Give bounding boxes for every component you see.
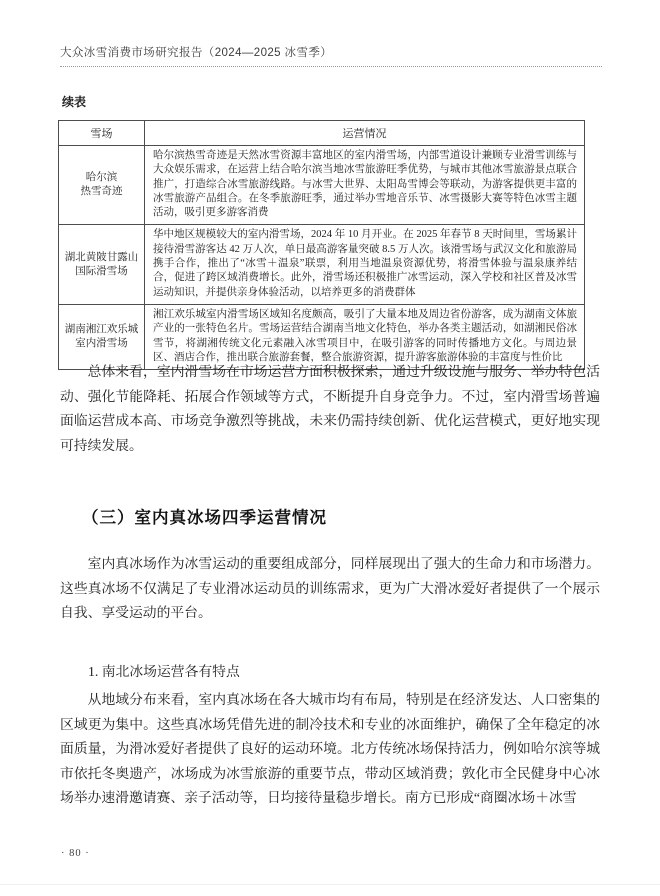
resort-name: 哈尔滨 热雪奇迹 bbox=[59, 146, 145, 225]
table-row: 湖北黄陂甘露山 国际滑雪场 华中地区规模较大的室内滑雪场，2024 年 10 月… bbox=[59, 225, 585, 304]
resort-operation-detail: 华中地区规模较大的室内滑雪场，2024 年 10 月开业。在 2025 年春节 … bbox=[145, 225, 585, 304]
table-continued-label: 续表 bbox=[62, 93, 86, 110]
page-number: · 80 · bbox=[61, 848, 90, 859]
resort-operation-detail: 哈尔滨热雪奇迹是天然冰雪资源丰富地区的室内滑雪场，内部雪道设计兼顾专业滑雪训练与… bbox=[145, 146, 585, 225]
paragraph-intro: 室内真冰场作为冰雪运动的重要组成部分，同样展现出了强大的生命力和市场潜力。这些真… bbox=[60, 552, 600, 626]
column-header-resort: 雪场 bbox=[59, 121, 145, 146]
table-row: 哈尔滨 热雪奇迹 哈尔滨热雪奇迹是天然冰雪资源丰富地区的室内滑雪场，内部雪道设计… bbox=[59, 146, 585, 225]
paragraph-summary: 总体来看，室内滑雪场在市场运营方面积极探索，通过升级设施与服务、举办特色活动、强… bbox=[60, 360, 600, 458]
column-header-operation: 运营情况 bbox=[145, 121, 585, 146]
bottom-divider bbox=[0, 884, 660, 885]
running-header: 大众冰雪消费市场研究报告（2024—2025 冰雪季） bbox=[60, 44, 602, 67]
table-header-row: 雪场 运营情况 bbox=[59, 121, 585, 146]
resort-name: 湖北黄陂甘露山 国际滑雪场 bbox=[59, 225, 145, 304]
section-heading: （三）室内真冰场四季运营情况 bbox=[60, 504, 600, 528]
report-page: 大众冰雪消费市场研究报告（2024—2025 冰雪季） 续表 雪场 运营情况 哈… bbox=[0, 0, 660, 896]
sub-heading: 1. 南北冰场运营各有特点 bbox=[60, 660, 600, 680]
resort-operations-table: 雪场 运营情况 哈尔滨 热雪奇迹 哈尔滨热雪奇迹是天然冰雪资源丰富地区的室内滑雪… bbox=[58, 120, 585, 370]
paragraph-regional: 从地域分布来看，室内真冰场在各大城市均有布局，特别是在经济发达、人口密集的区域更… bbox=[60, 688, 600, 811]
